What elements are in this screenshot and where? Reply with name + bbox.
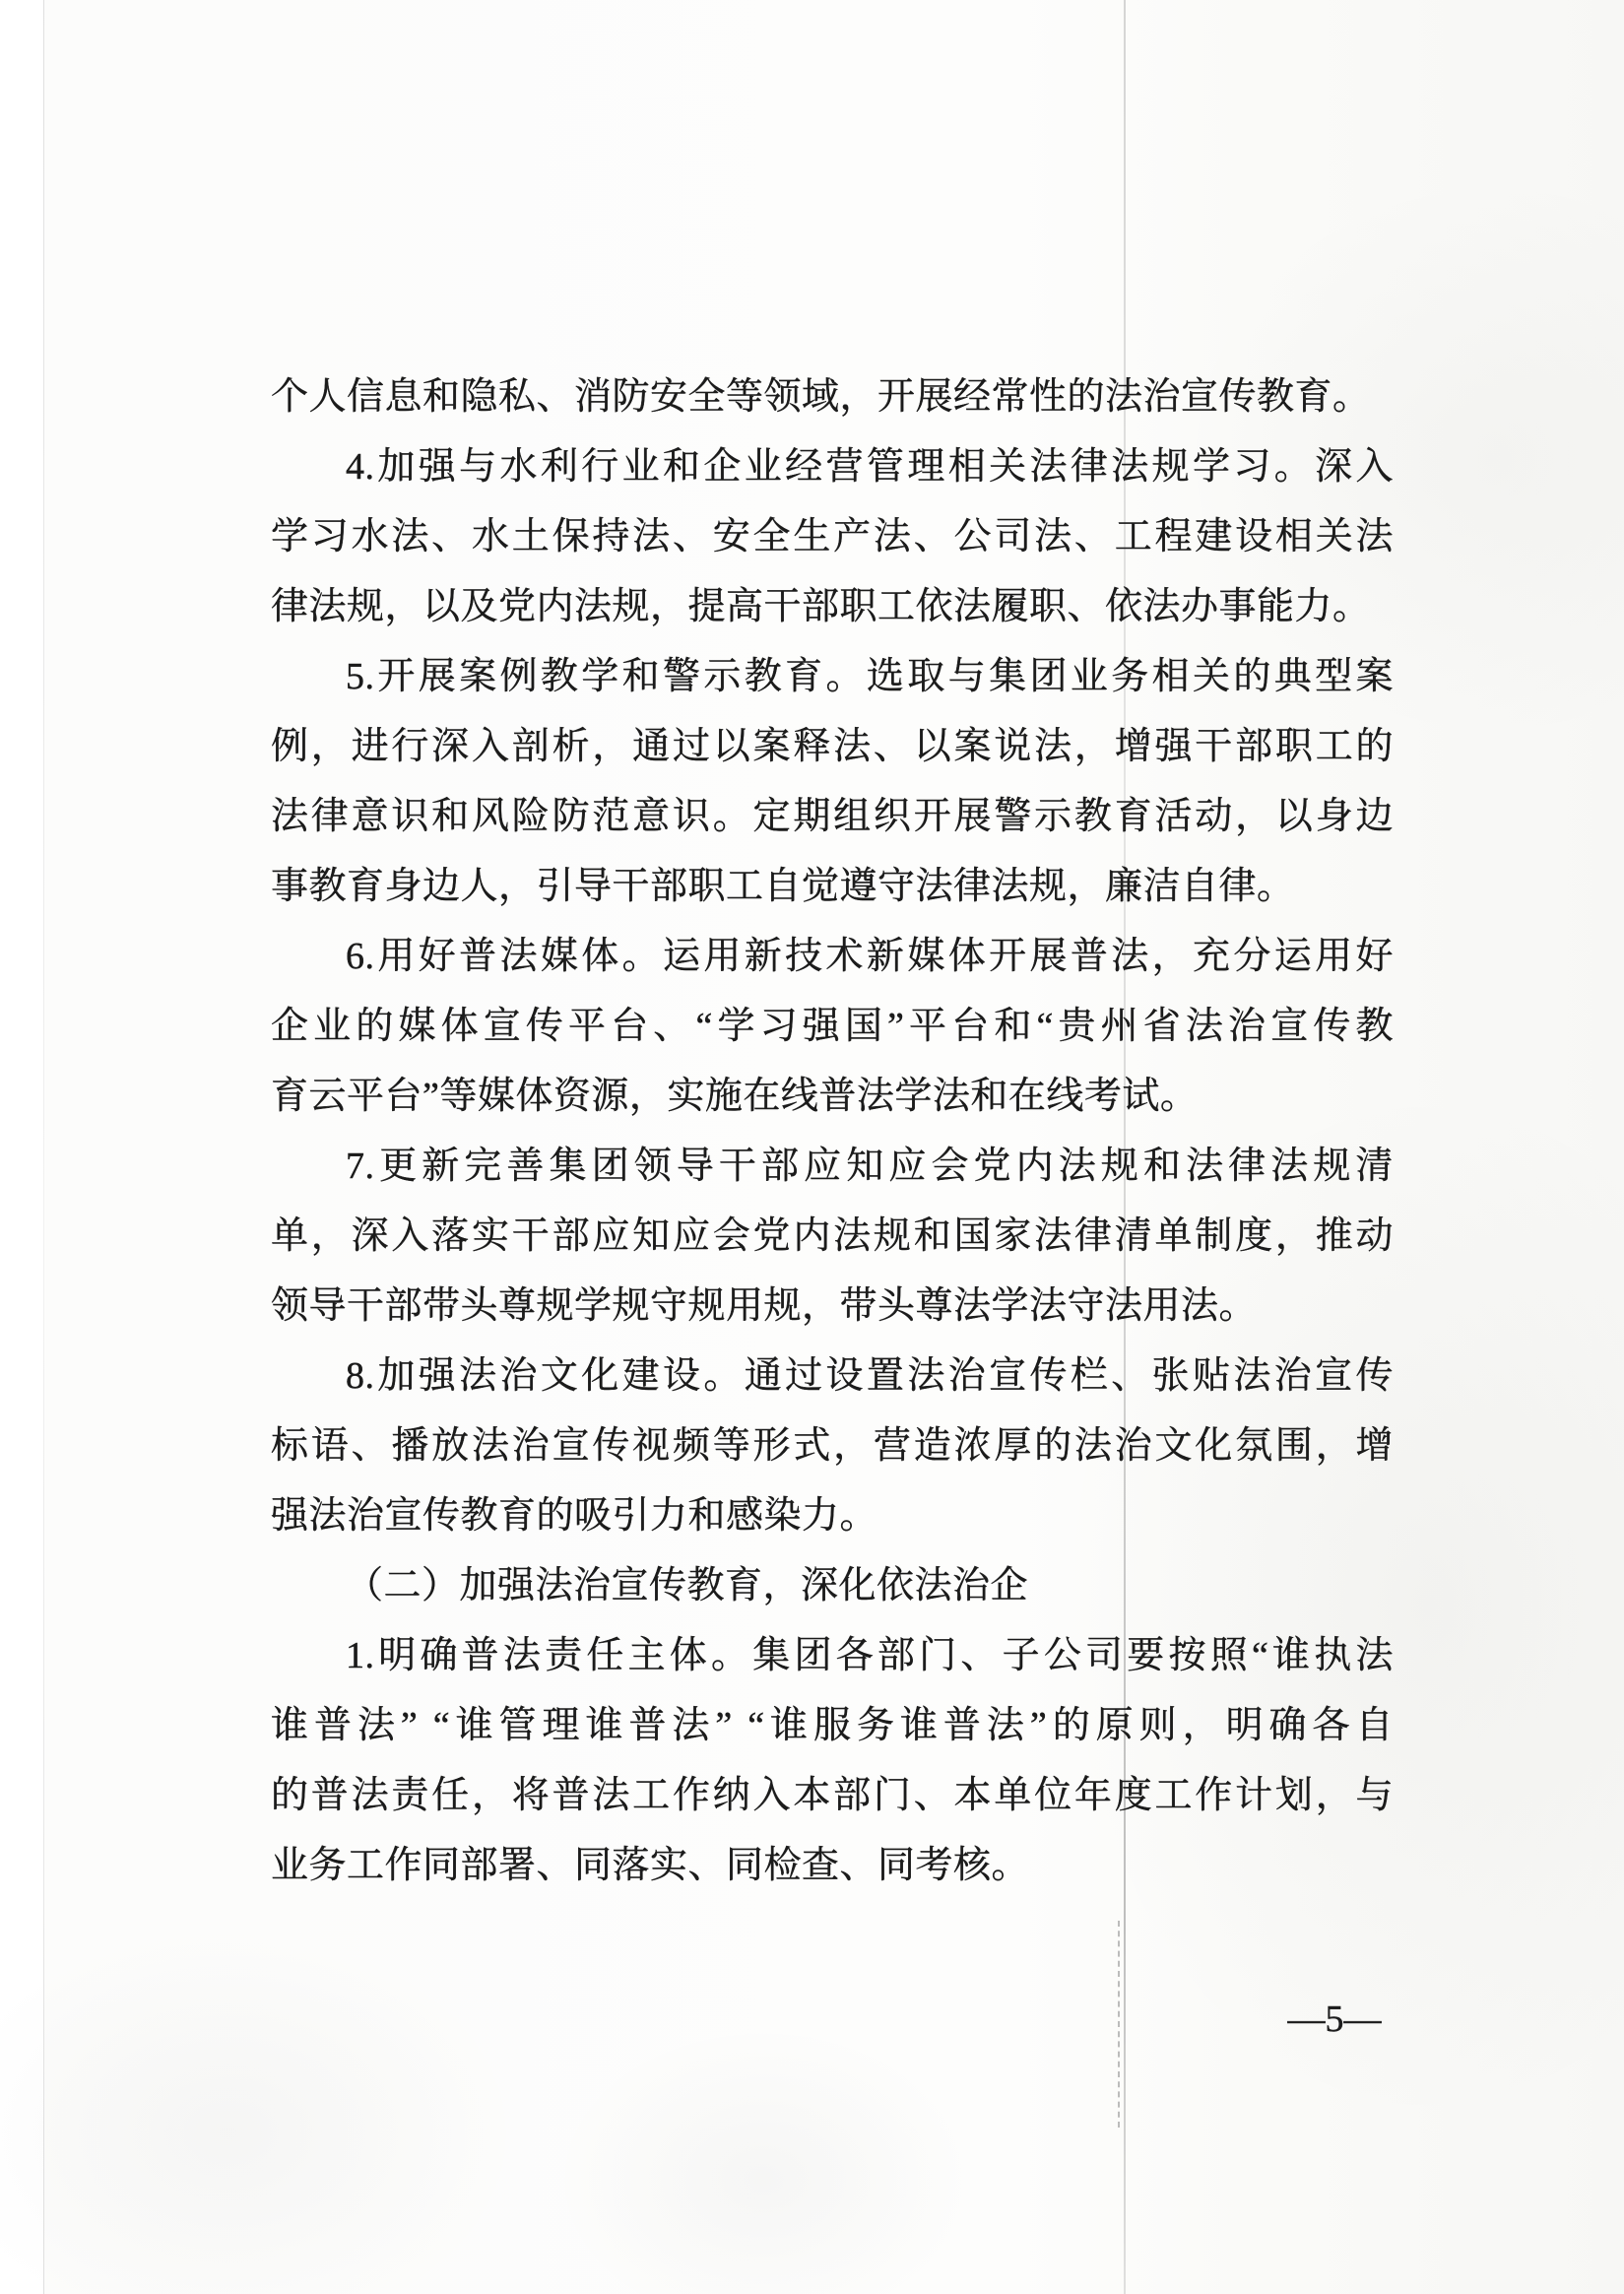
text-line: 育云平台”等媒体资源，实施在线普法学法和在线考试。 <box>271 1062 1394 1132</box>
text-line: 单，深入落实干部应知应会党内法规和国家法律清单制度，推动 <box>271 1202 1394 1272</box>
text-line: 5.开展案例教学和警示教育。选取与集团业务相关的典型案 <box>271 642 1394 712</box>
text-line: 律法规，以及党内法规，提高干部职工依法履职、依法办事能力。 <box>271 572 1394 642</box>
text-line: 强法治宣传教育的吸引力和感染力。 <box>271 1481 1394 1551</box>
text-line: 的普法责任，将普法工作纳入本部门、本单位年度工作计划，与 <box>271 1761 1394 1831</box>
text-line: 7.更新完善集团领导干部应知应会党内法规和法律法规清 <box>271 1132 1394 1202</box>
text-line: 标语、播放法治宣传视频等形式，营造浓厚的法治文化氛围，增 <box>271 1411 1394 1481</box>
paper-left-edge-line <box>43 0 44 2294</box>
text-line: 事教育身边人，引导干部职工自觉遵守法律法规，廉洁自律。 <box>271 852 1394 922</box>
text-line: 1.明确普法责任主体。集团各部门、子公司要按照“谁执法 <box>271 1621 1394 1691</box>
text-line: 业务工作同部署、同落实、同检查、同考核。 <box>271 1831 1394 1901</box>
scan-fold-dashes-artifact <box>1118 1921 1120 2128</box>
text-line: 个人信息和隐私、消防安全等领域，开展经常性的法治宣传教育。 <box>271 362 1394 432</box>
document-text-block: 个人信息和隐私、消防安全等领域，开展经常性的法治宣传教育。4.加强与水利行业和企… <box>271 362 1394 1901</box>
text-line: 法律意识和风险防范意识。定期组织开展警示教育活动，以身边 <box>271 782 1394 852</box>
text-line: 8.加强法治文化建设。通过设置法治宣传栏、张贴法治宣传 <box>271 1342 1394 1411</box>
text-line: 学习水法、水土保持法、安全生产法、公司法、工程建设相关法 <box>271 502 1394 572</box>
text-line: 6.用好普法媒体。运用新技术新媒体开展普法，充分运用好 <box>271 922 1394 992</box>
text-line: （二）加强法治宣传教育，深化依法治企 <box>271 1551 1394 1621</box>
text-line: 企业的媒体宣传平台、“学习强国”平台和“贵州省法治宣传教 <box>271 992 1394 1062</box>
text-line: 例，进行深入剖析，通过以案释法、以案说法，增强干部职工的 <box>271 712 1394 782</box>
text-line: 领导干部带头尊规学规守规用规，带头尊法学法守法用法。 <box>271 1272 1394 1342</box>
text-line: 4.加强与水利行业和企业经营管理相关法律法规学习。深入 <box>271 432 1394 502</box>
page-number: —5— <box>1261 1998 1408 2041</box>
text-line: 谁普法” “谁管理谁普法” “谁服务谁普法”的原则，明确各自 <box>271 1691 1394 1761</box>
